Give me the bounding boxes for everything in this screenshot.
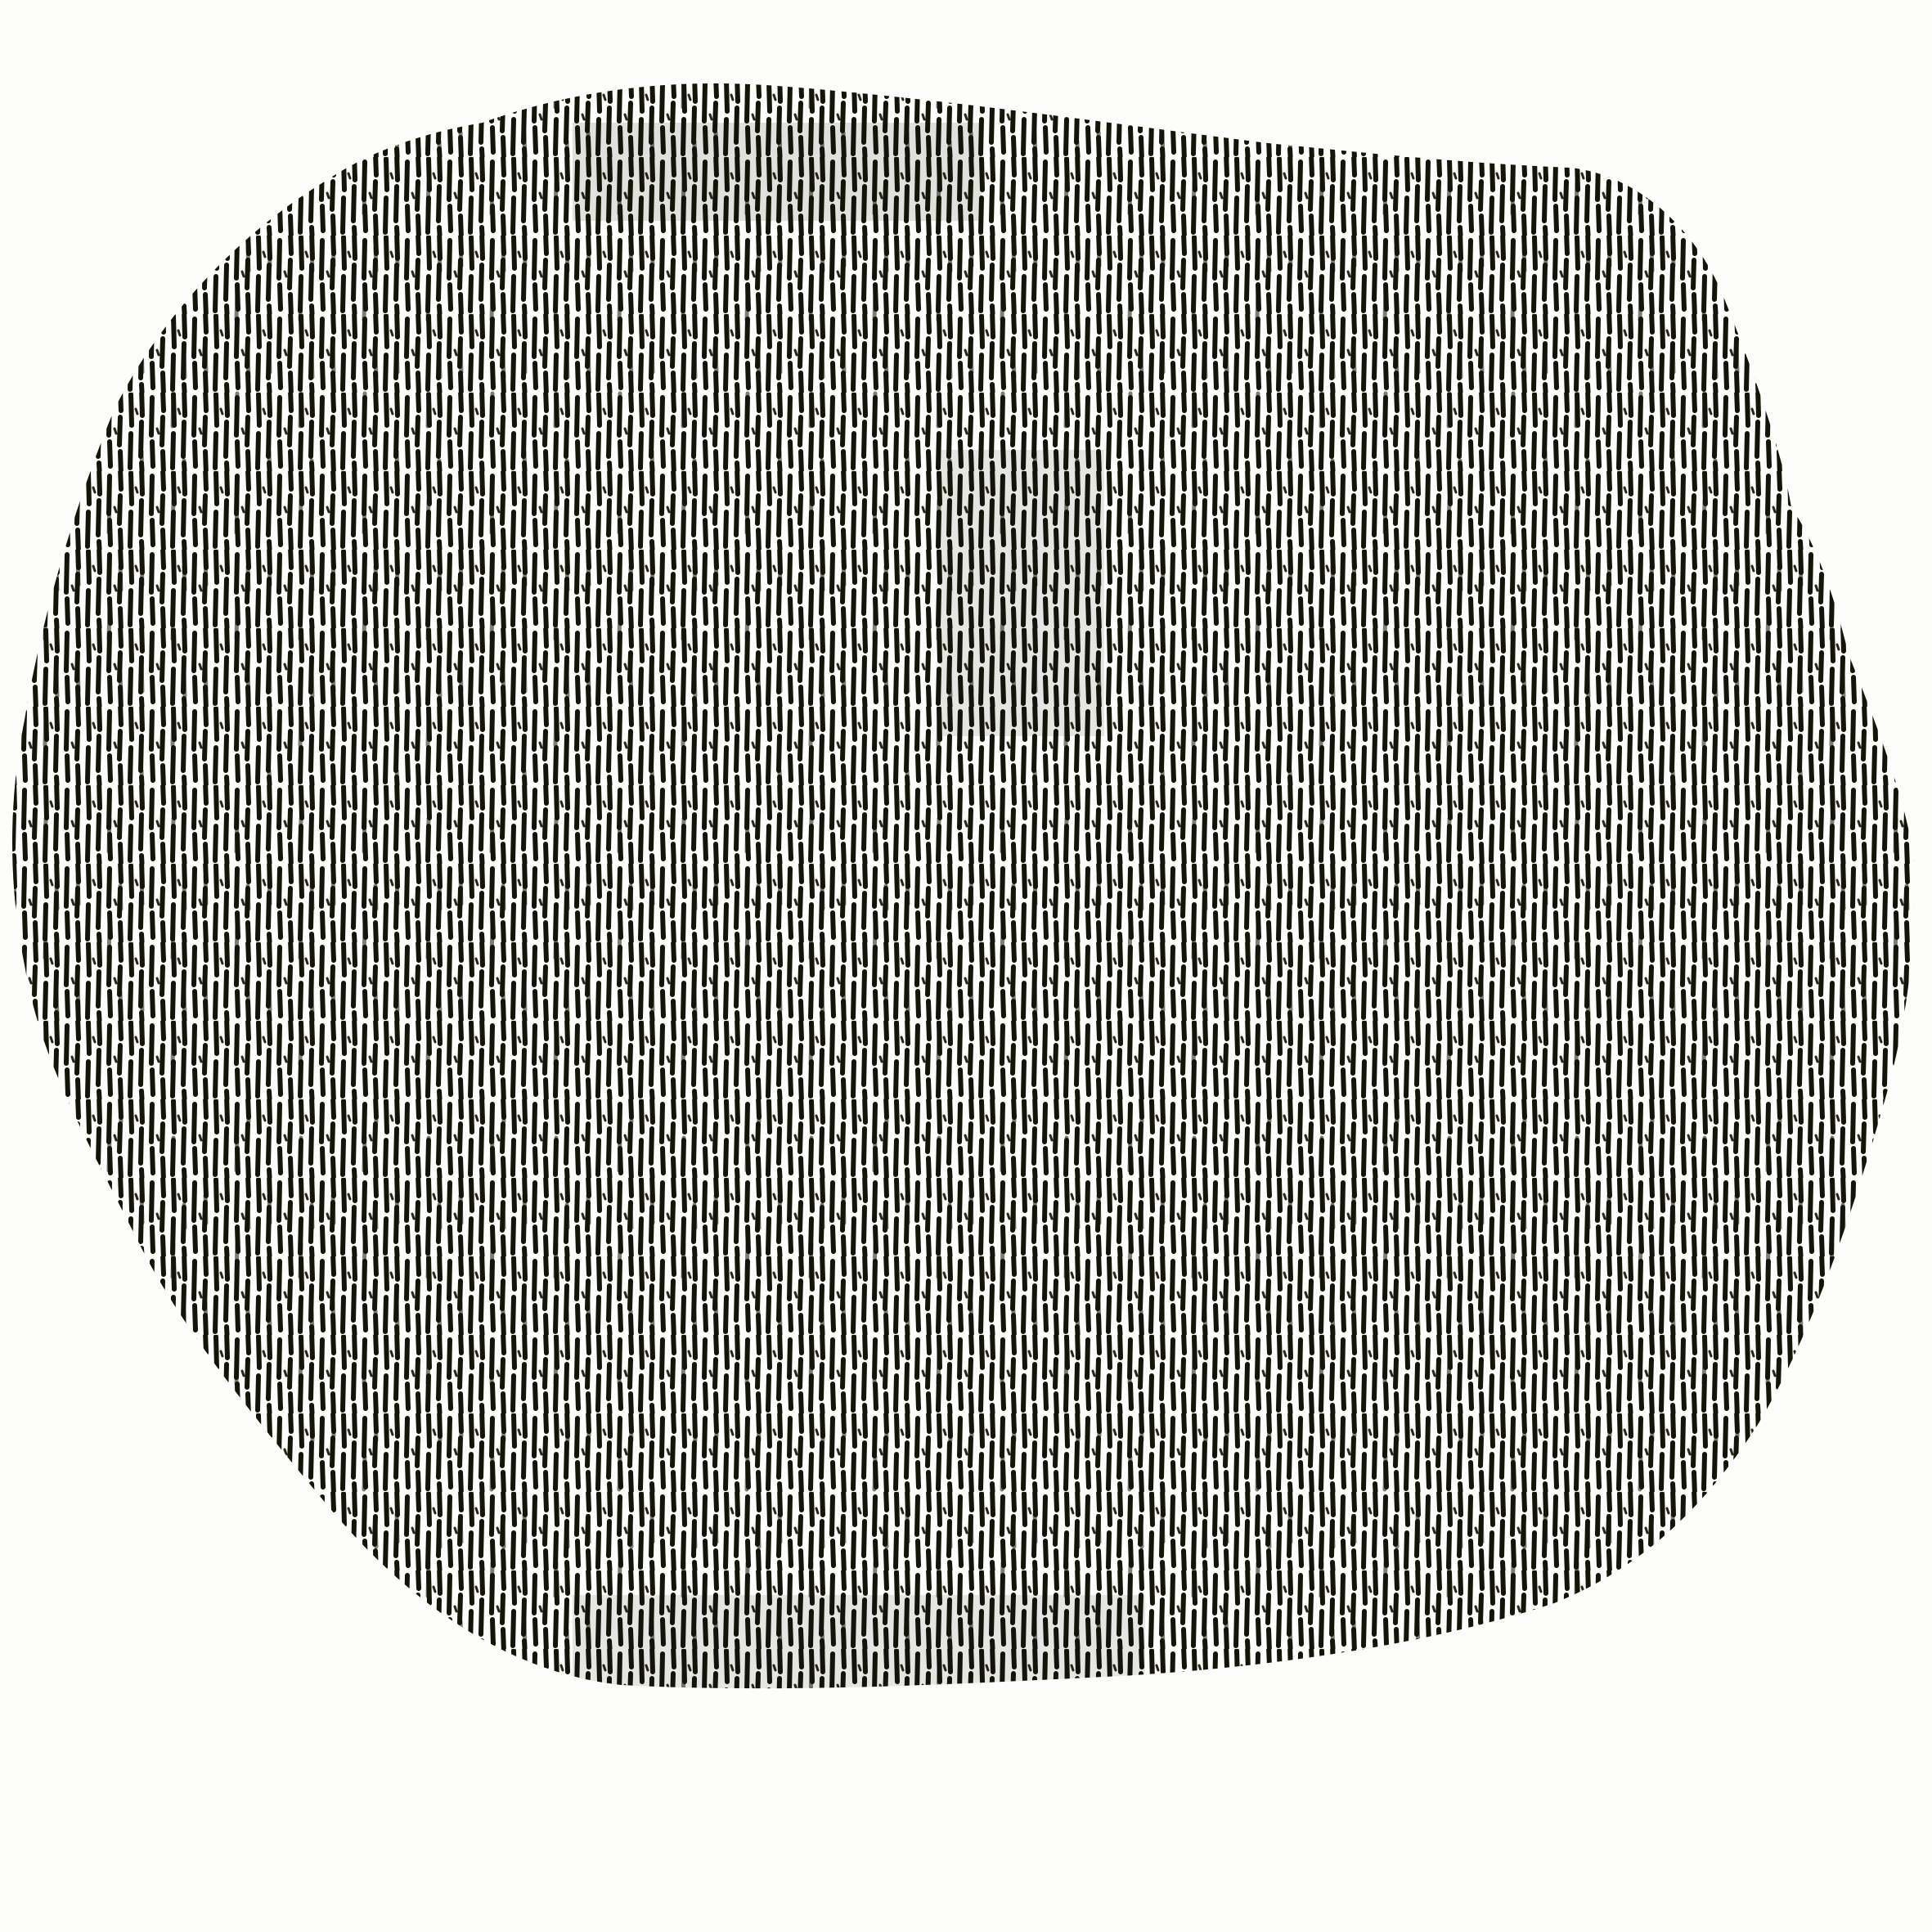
ink-blob-artwork	[0, 0, 1932, 1932]
